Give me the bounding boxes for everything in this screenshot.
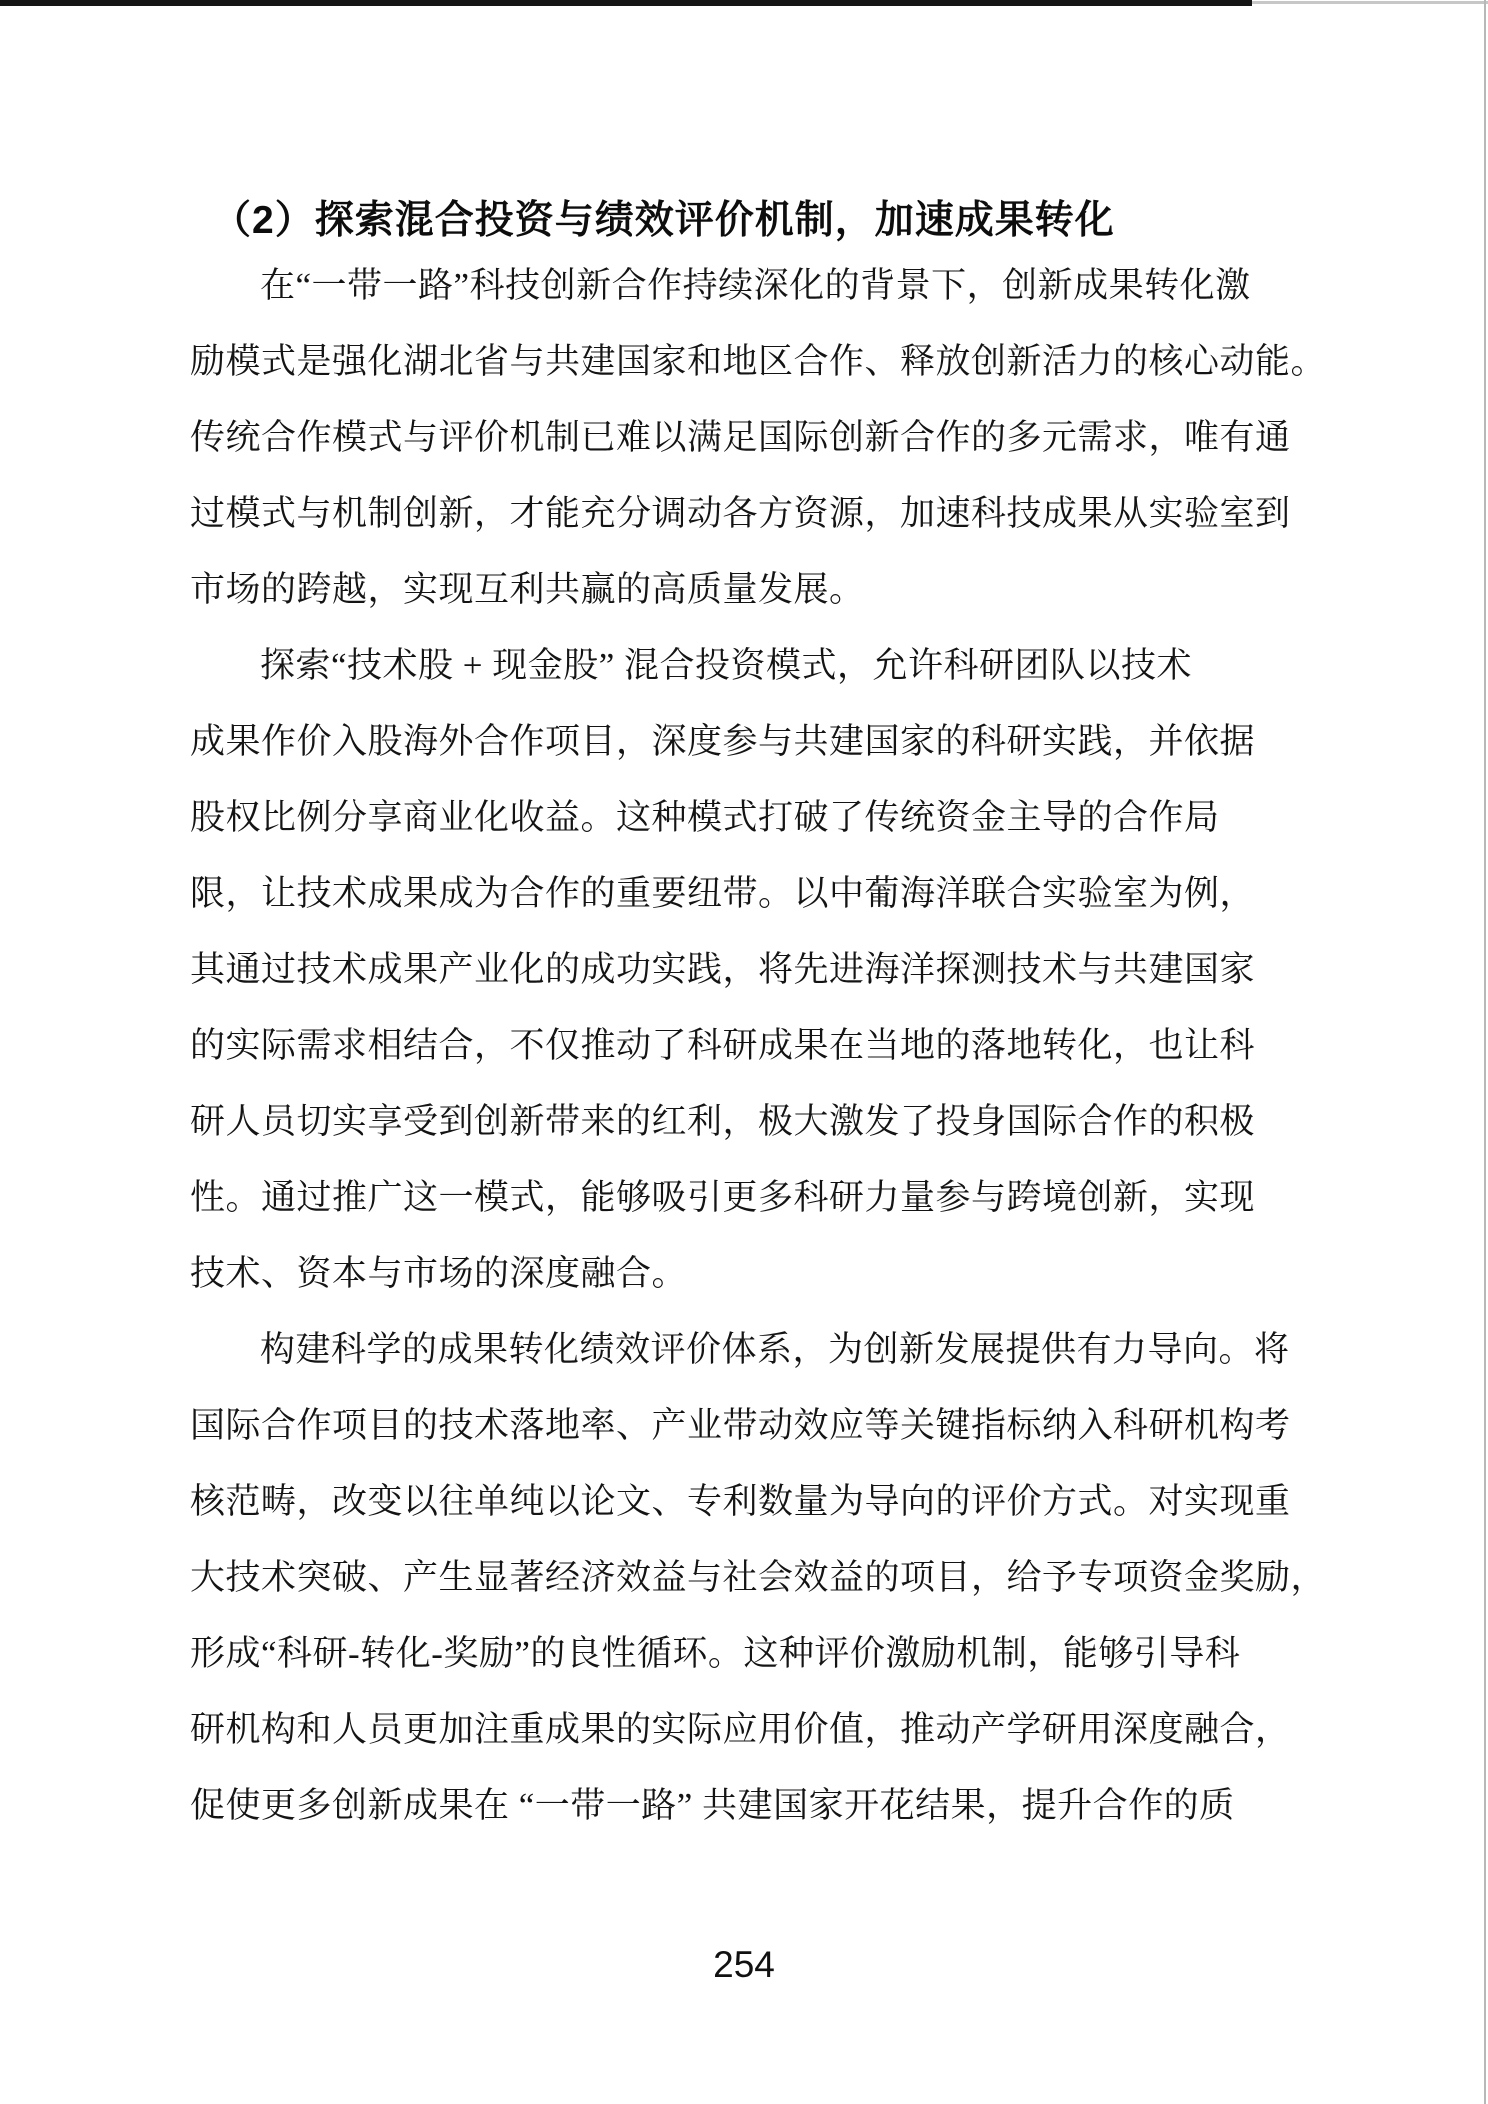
text-line: 市场的跨越，实现互利共赢的高质量发展。: [190, 552, 1325, 628]
text-line: 励模式是强化湖北省与共建国家和地区合作、释放创新活力的核心动能。: [190, 324, 1325, 400]
text-line: 其通过技术成果产业化的成功实践，将先进海洋探测技术与共建国家: [190, 932, 1325, 1008]
text-line: 形成“科研-转化-奖励”的良性循环。这种评价激励机制，能够引导科: [190, 1616, 1325, 1692]
text-line: 技术、资本与市场的深度融合。: [190, 1236, 1325, 1312]
text-line: 在“一带一路”科技创新合作持续深化的背景下，创新成果转化激: [190, 248, 1325, 324]
text-line: 促使更多创新成果在 “一带一路” 共建国家开花结果，提升合作的质: [190, 1768, 1325, 1844]
text-line: 的实际需求相结合，不仅推动了科研成果在当地的落地转化，也让科: [190, 1008, 1325, 1084]
text-line: 研人员切实享受到创新带来的红利，极大激发了投身国际合作的积极: [190, 1084, 1325, 1160]
text-line: 传统合作模式与评价机制已难以满足国际创新合作的多元需求，唯有通: [190, 400, 1325, 476]
text-line: 股权比例分享商业化收益。这种模式打破了传统资金主导的合作局: [190, 780, 1325, 856]
text-line: 探索“技术股 + 现金股” 混合投资模式，允许科研团队以技术: [190, 628, 1325, 704]
text-line: 限，让技术成果成为合作的重要纽带。以中葡海洋联合实验室为例，: [190, 856, 1325, 932]
text-line: 过模式与机制创新，才能充分调动各方资源，加速科技成果从实验室到: [190, 476, 1325, 552]
text-line: 性。通过推广这一模式，能够吸引更多科研力量参与跨境创新，实现: [190, 1160, 1325, 1236]
text-line: 构建科学的成果转化绩效评价体系，为创新发展提供有力导向。将: [190, 1312, 1325, 1388]
text-line: 国际合作项目的技术落地率、产业带动效应等关键指标纳入科研机构考: [190, 1388, 1325, 1464]
page-content: （2）探索混合投资与绩效评价机制，加速成果转化 在“一带一路”科技创新合作持续深…: [190, 197, 1325, 1844]
scan-artifact-top-right-line: [1252, 1, 1488, 4]
page-number: 254: [0, 1944, 1488, 1986]
text-line: 核范畴，改变以往单纯以论文、专利数量为导向的评价方式。对实现重: [190, 1464, 1325, 1540]
text-line: 成果作价入股海外合作项目，深度参与共建国家的科研实践，并依据: [190, 704, 1325, 780]
text-line: 大技术突破、产生显著经济效益与社会效益的项目，给予专项资金奖励，: [190, 1540, 1325, 1616]
scan-artifact-top-bar: [0, 0, 1252, 6]
document-page: （2）探索混合投资与绩效评价机制，加速成果转化 在“一带一路”科技创新合作持续深…: [0, 0, 1488, 2104]
section-heading: （2）探索混合投资与绩效评价机制，加速成果转化: [212, 197, 1325, 245]
scan-artifact-right-edge-line: [1484, 0, 1486, 2104]
body-text: 在“一带一路”科技创新合作持续深化的背景下，创新成果转化激励模式是强化湖北省与共…: [190, 248, 1325, 1844]
text-line: 研机构和人员更加注重成果的实际应用价值，推动产学研用深度融合，: [190, 1692, 1325, 1768]
